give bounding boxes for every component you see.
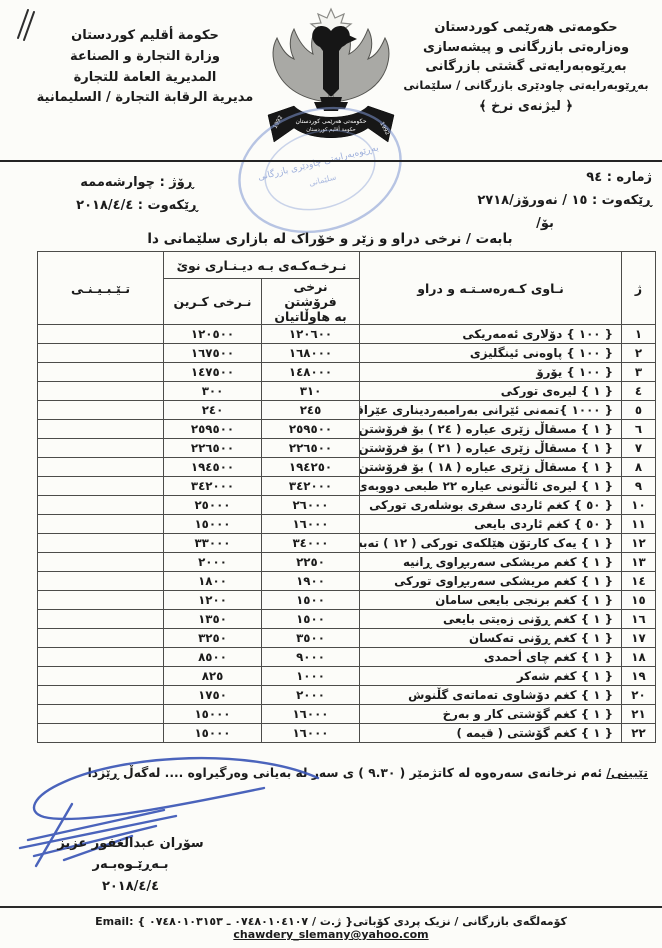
item-name: { ١ } کغم ڕۆنی تەکسان [360, 629, 622, 648]
email-label: Email: [95, 915, 133, 928]
buy-price: ٨٥٠٠ [164, 648, 262, 667]
table-row: ٢٢ { ١ } کغم گۆشتی ( قیمە ) ١٦٠٠٠ ١٥٠٠٠ [38, 724, 656, 743]
note-cell [38, 363, 164, 382]
stamp-text-line2: سلێمانی [308, 172, 337, 188]
buy-price: ١٨٠٠ [164, 572, 262, 591]
item-name: { ١ } کغم برنجی بایعی سامان [360, 591, 622, 610]
footer-registration-phones: { ژ.ت / ٠٧٤٨٠١٠٤١٠٧ ـ ٠٧٤٨٠١٠٣١٥٣ } [137, 915, 353, 928]
sell-price: ١٩٤٢٥٠ [262, 458, 360, 477]
sell-price: ٢٠٠٠ [262, 686, 360, 705]
table-row: ٢ { ١٠٠ } پاوەنی ئینگلیزی ١٦٨٠٠٠ ١٦٧٥٠٠ [38, 344, 656, 363]
buy-price: ١٥٠٠٠ [164, 515, 262, 534]
header-arabic-line: مديرية الرقابة التجارة / السليمانية [26, 88, 264, 109]
table-row: ٢٠ { ١ } کغم دۆشاوی تەماتەی گڵنوش ٢٠٠٠ ١… [38, 686, 656, 705]
note-cell [38, 572, 164, 591]
note-cell [38, 344, 164, 363]
signatory-name: سۆران عبدالغفور عزیز [38, 833, 223, 854]
table-row: ١٢ { ١ } یەک کارتۆن هێلکەی تورکی ( ١٢ ) … [38, 534, 656, 553]
table-row: ٦ { ١ } مسقاڵ زێری عیارە ( ٢٤ ) بۆ فرۆشت… [38, 420, 656, 439]
sell-price: ١٩٠٠ [262, 572, 360, 591]
sell-price: ١٦٨٠٠٠ [262, 344, 360, 363]
buy-price: ١٥٠٠٠ [164, 724, 262, 743]
signature-date: ٢٠١٨/٤/٤ [38, 876, 223, 897]
item-name: { ١ } لیرەی تورکی [360, 382, 622, 401]
buy-price: ١٣٥٠ [164, 610, 262, 629]
row-number: ٨ [622, 458, 656, 477]
sell-price: ٣٤٢٠٠٠ [262, 477, 360, 496]
note-cell [38, 705, 164, 724]
buy-price: ٢٥٩٥٠٠ [164, 420, 262, 439]
row-number: ١٠ [622, 496, 656, 515]
row-number: ٢ [622, 344, 656, 363]
row-number: ١١ [622, 515, 656, 534]
header-kurdish-line: وەزارەتی بازرگانی و پیشەسازی [396, 38, 656, 58]
row-number: ١٨ [622, 648, 656, 667]
header-kurdish-line: حکومەتی هەرێمی کوردستان [396, 18, 656, 38]
sell-price: ٢٦٠٠٠ [262, 496, 360, 515]
note-cell [38, 610, 164, 629]
buy-price: ١٦٧٥٠٠ [164, 344, 262, 363]
row-number: ٢٠ [622, 686, 656, 705]
buy-price: ٣٣٠٠٠ [164, 534, 262, 553]
sell-price: ١٦٠٠٠ [262, 515, 360, 534]
row-number: ١٦ [622, 610, 656, 629]
row-number: ٥ [622, 401, 656, 420]
note-cell [38, 686, 164, 705]
table-row: ١٠ { ٥٠ } کغم ئاردی سفری بوشلەری تورکی ٢… [38, 496, 656, 515]
buy-price: ٣٢٥٠ [164, 629, 262, 648]
item-name: { ١ } کغم چای أحمدی [360, 648, 622, 667]
item-name: { ١ } لیرەی ئاڵتونی عیارە ٢٢ طبعی دووبەی [360, 477, 622, 496]
row-number: ١٥ [622, 591, 656, 610]
document-date-kurdish: ڕێکەوت : ١٥ / نەورۆز/٢٧١٨ [398, 190, 652, 213]
header-kurdish-line: بەڕێوبەرایەتی چاودێری بازرگانی / سلێمانی [396, 77, 656, 94]
buy-price: ٢٤٠ [164, 401, 262, 420]
buy-price: ١٤٧٥٠٠ [164, 363, 262, 382]
note-cell [38, 724, 164, 743]
table-row: ٣ { ١٠٠ } یۆرۆ ١٤٨٠٠٠ ١٤٧٥٠٠ [38, 363, 656, 382]
header-kurdish-line: بەڕێوەبەرایەتی گشتی بازرگانی [396, 57, 656, 77]
sell-price: ٣٤٠٠٠ [262, 534, 360, 553]
note-cell [38, 667, 164, 686]
table-row: ١ { ١٠٠ } دۆلاری ئەمەریکی ١٢٠٦٠٠ ١٢٠٥٠٠ [38, 325, 656, 344]
table-row: ١٨ { ١ } کغم چای أحمدی ٩٠٠٠ ٨٥٠٠ [38, 648, 656, 667]
sell-price: ٣١٠ [262, 382, 360, 401]
note-cell [38, 439, 164, 458]
header-arabic-line: المديرية العامة للتجارة [26, 68, 264, 89]
table-row: ١٤ { ١ } کغم مریشکی سەربڕاوی تورکی ١٩٠٠ … [38, 572, 656, 591]
sell-price: ٢٥٩٥٠٠ [262, 420, 360, 439]
sell-price: ١٠٠٠ [262, 667, 360, 686]
footer-divider-rule [0, 906, 662, 908]
signature-block: سۆران عبدالغفور عزیز بـەڕێـوەبـەر ٢٠١٨/٤… [38, 833, 223, 897]
sell-price: ٢٢٦٥٠٠ [262, 439, 360, 458]
note-cell [38, 477, 164, 496]
sell-price: ١٤٨٠٠٠ [262, 363, 360, 382]
item-name: { ١ } کغم مریشکی سەربڕاوی ڕانیە [360, 553, 622, 572]
item-name: { ١ } یەک کارتۆن هێلکەی تورکی ( ١٢ ) تەب… [360, 534, 622, 553]
note-cell [38, 629, 164, 648]
meta-right-block: ژمارە : ٩٤ ڕێکەوت : ١٥ / نەورۆز/٢٧١٨ بۆ/ [398, 167, 652, 235]
col-header-buy-price: نـرخی کـرین [164, 279, 262, 325]
item-name: { ٥٠ } کغم ئاردی بایعی [360, 515, 622, 534]
document-number: ژمارە : ٩٤ [456, 167, 652, 190]
item-name: { ١ } کغم شەکر [360, 667, 622, 686]
buy-price: ٢٠٠٠ [164, 553, 262, 572]
sell-price: ٢٤٥ [262, 401, 360, 420]
footer-contact-line: كۆمەلگەی بازرگانی / نزیک پردی كۆباتی{ ژ.… [0, 915, 662, 941]
table-row: ١٩ { ١ } کغم شەکر ١٠٠٠ ٨٢٥ [38, 667, 656, 686]
sell-price: ٣٥٠٠ [262, 629, 360, 648]
header-arabic-line: وزارة التجارة و الصناعة [26, 47, 264, 68]
col-header-price-group: نـرخـەکـەی بـە دیـنـاری نوێ [164, 252, 360, 279]
meta-left-block: ڕۆژ : چوارشەممە ڕێکەوت : ٢٠١٨/٤/٤ [33, 172, 241, 218]
buy-price: ٣٠٠ [164, 382, 262, 401]
note-cell [38, 591, 164, 610]
row-number: ٢١ [622, 705, 656, 724]
table-row: ٢١ { ١ } کغم گۆشتی کار و بەرخ ١٦٠٠٠ ١٥٠٠… [38, 705, 656, 724]
header-arabic-line: حكومة أقليم كوردستان [26, 26, 264, 47]
item-name: { ١ } کغم گۆشتی ( قیمە ) [360, 724, 622, 743]
row-number: ٧ [622, 439, 656, 458]
item-name: { ١ } کغم ڕۆنی زەیتی بایعی [360, 610, 622, 629]
sell-price: ١٥٠٠ [262, 610, 360, 629]
footnote-label: تێبینی/ [606, 766, 648, 780]
table-row: ١٥ { ١ } کغم برنجی بایعی سامان ١٥٠٠ ١٢٠٠ [38, 591, 656, 610]
buy-price: ١٩٤٥٠٠ [164, 458, 262, 477]
table-row: ٥ { ١٠٠٠ }تمەنی ئێرانی بەرامبەردیناری عێ… [38, 401, 656, 420]
item-name: { ١ } کغم مریشکی سەربڕاوی تورکی [360, 572, 622, 591]
note-cell [38, 534, 164, 553]
note-cell [38, 648, 164, 667]
item-name: { ١ } مسقاڵ زێری عیارە ( ٢١ ) بۆ فرۆشتن [360, 439, 622, 458]
krg-emblem: حكومەتی هەرێمی كوردستان حكومة أقليم كورد… [256, 5, 406, 157]
banner-text-kurdish: حكومەتی هەرێمی كوردستان [295, 118, 366, 125]
col-header-notes: تـێـبـیـنـی [38, 252, 164, 325]
scanned-price-list-document: حكومة أقليم كوردستان وزارة التجارة و الص… [0, 0, 662, 948]
sell-price: ١٦٠٠٠ [262, 705, 360, 724]
sell-price: ١٥٠٠ [262, 591, 360, 610]
note-cell [38, 420, 164, 439]
banner-ribbon: حكومەتی هەرێمی كوردستان حكومة أقليم كورد… [268, 106, 394, 142]
row-number: ١٩ [622, 667, 656, 686]
item-name: { ١ } مسقاڵ زێری عیارە ( ٢٤ ) بۆ فرۆشتن [360, 420, 622, 439]
row-number: ٤ [622, 382, 656, 401]
buy-price: ١٧٥٠ [164, 686, 262, 705]
note-cell [38, 458, 164, 477]
item-name: { ١ } کغم دۆشاوی تەماتەی گڵنوش [360, 686, 622, 705]
signatory-title: بـەڕێـوەبـەر [38, 854, 223, 875]
banner-text-arabic: حكومة أقليم كوردستان [306, 125, 356, 133]
note-cell [38, 515, 164, 534]
sell-price: ٢٢٥٠ [262, 553, 360, 572]
table-row: ١٦ { ١ } کغم ڕۆنی زەیتی بایعی ١٥٠٠ ١٣٥٠ [38, 610, 656, 629]
buy-price: ٨٢٥ [164, 667, 262, 686]
price-table: ژ نـاوی کـەرەسـتـە و دراو نـرخـەکـەی بـە… [37, 251, 656, 743]
table-title: بابەت / نرخی دراو و زێر و خۆراک لە بازار… [80, 231, 580, 247]
table-row: ٤ { ١ } لیرەی تورکی ٣١٠ ٣٠٠ [38, 382, 656, 401]
row-number: ٢٢ [622, 724, 656, 743]
col-header-sell-price: نرخی فرۆشتن بە هاوڵاتیان [262, 279, 360, 325]
note-cell [38, 325, 164, 344]
row-number: ١٧ [622, 629, 656, 648]
row-number: ١٢ [622, 534, 656, 553]
note-cell [38, 496, 164, 515]
email-address: chawdery_slemany@yahoo.com [233, 928, 428, 941]
table-row: ٧ { ١ } مسقاڵ زێری عیارە ( ٢١ ) بۆ فرۆشت… [38, 439, 656, 458]
buy-price: ١٥٠٠٠ [164, 705, 262, 724]
col-header-item-name: نـاوی کـەرەسـتـە و دراو [360, 252, 622, 325]
item-name: { ١ } کغم گۆشتی کار و بەرخ [360, 705, 622, 724]
item-name: { ١ } مسقاڵ زێری عیارە ( ١٨ ) بۆ فرۆشتن [360, 458, 622, 477]
item-name: { ١٠٠ } پاوەنی ئینگلیزی [360, 344, 622, 363]
price-committee-label: ﴿ لیژنەی نرخ ﴾ [396, 97, 656, 117]
sell-price: ١٦٠٠٠ [262, 724, 360, 743]
footer-address: كۆمەلگەی بازرگانی / نزیک پردی كۆباتی [353, 915, 567, 928]
note-cell [38, 401, 164, 420]
item-name: { ١٠٠ } یۆرۆ [360, 363, 622, 382]
sell-price: ١٢٠٦٠٠ [262, 325, 360, 344]
row-number: ١٣ [622, 553, 656, 572]
buy-price: ٣٤٢٠٠٠ [164, 477, 262, 496]
note-cell [38, 553, 164, 572]
buy-price: ١٢٠٥٠٠ [164, 325, 262, 344]
row-number: ٩ [622, 477, 656, 496]
sell-price: ٩٠٠٠ [262, 648, 360, 667]
header-kurdish: حکومەتی هەرێمی کوردستان وەزارەتی بازرگان… [396, 18, 656, 116]
table-row: ١٣ { ١ } کغم مریشکی سەربڕاوی ڕانیە ٢٢٥٠ … [38, 553, 656, 572]
buy-price: ١٢٠٠ [164, 591, 262, 610]
row-number: ٦ [622, 420, 656, 439]
buy-price: ٢٥٠٠٠ [164, 496, 262, 515]
table-row: ٩ { ١ } لیرەی ئاڵتونی عیارە ٢٢ طبعی دووب… [38, 477, 656, 496]
col-header-no: ژ [622, 252, 656, 325]
header-divider-rule [0, 160, 662, 162]
row-number: ١ [622, 325, 656, 344]
table-row: ٨ { ١ } مسقاڵ زێری عیارە ( ١٨ ) بۆ فرۆشت… [38, 458, 656, 477]
item-name: { ١٠٠ } دۆلاری ئەمەریکی [360, 325, 622, 344]
item-name: { ٥٠ } کغم ئاردی سفری بوشلەری تورکی [360, 496, 622, 515]
weekday: ڕۆژ : چوارشەممە [33, 172, 241, 195]
table-row: ١١ { ٥٠ } کغم ئاردی بایعی ١٦٠٠٠ ١٥٠٠٠ [38, 515, 656, 534]
table-row: ١٧ { ١ } کغم ڕۆنی تەکسان ٣٥٠٠ ٣٢٥٠ [38, 629, 656, 648]
header-arabic: حكومة أقليم كوردستان وزارة التجارة و الص… [26, 26, 264, 109]
row-number: ٣ [622, 363, 656, 382]
item-name: { ١٠٠٠ }تمەنی ئێرانی بەرامبەردیناری عێرا… [360, 401, 622, 420]
document-date-gregorian: ڕێکەوت : ٢٠١٨/٤/٤ [33, 195, 241, 218]
row-number: ١٤ [622, 572, 656, 591]
note-cell [38, 382, 164, 401]
buy-price: ٢٢٦٥٠٠ [164, 439, 262, 458]
